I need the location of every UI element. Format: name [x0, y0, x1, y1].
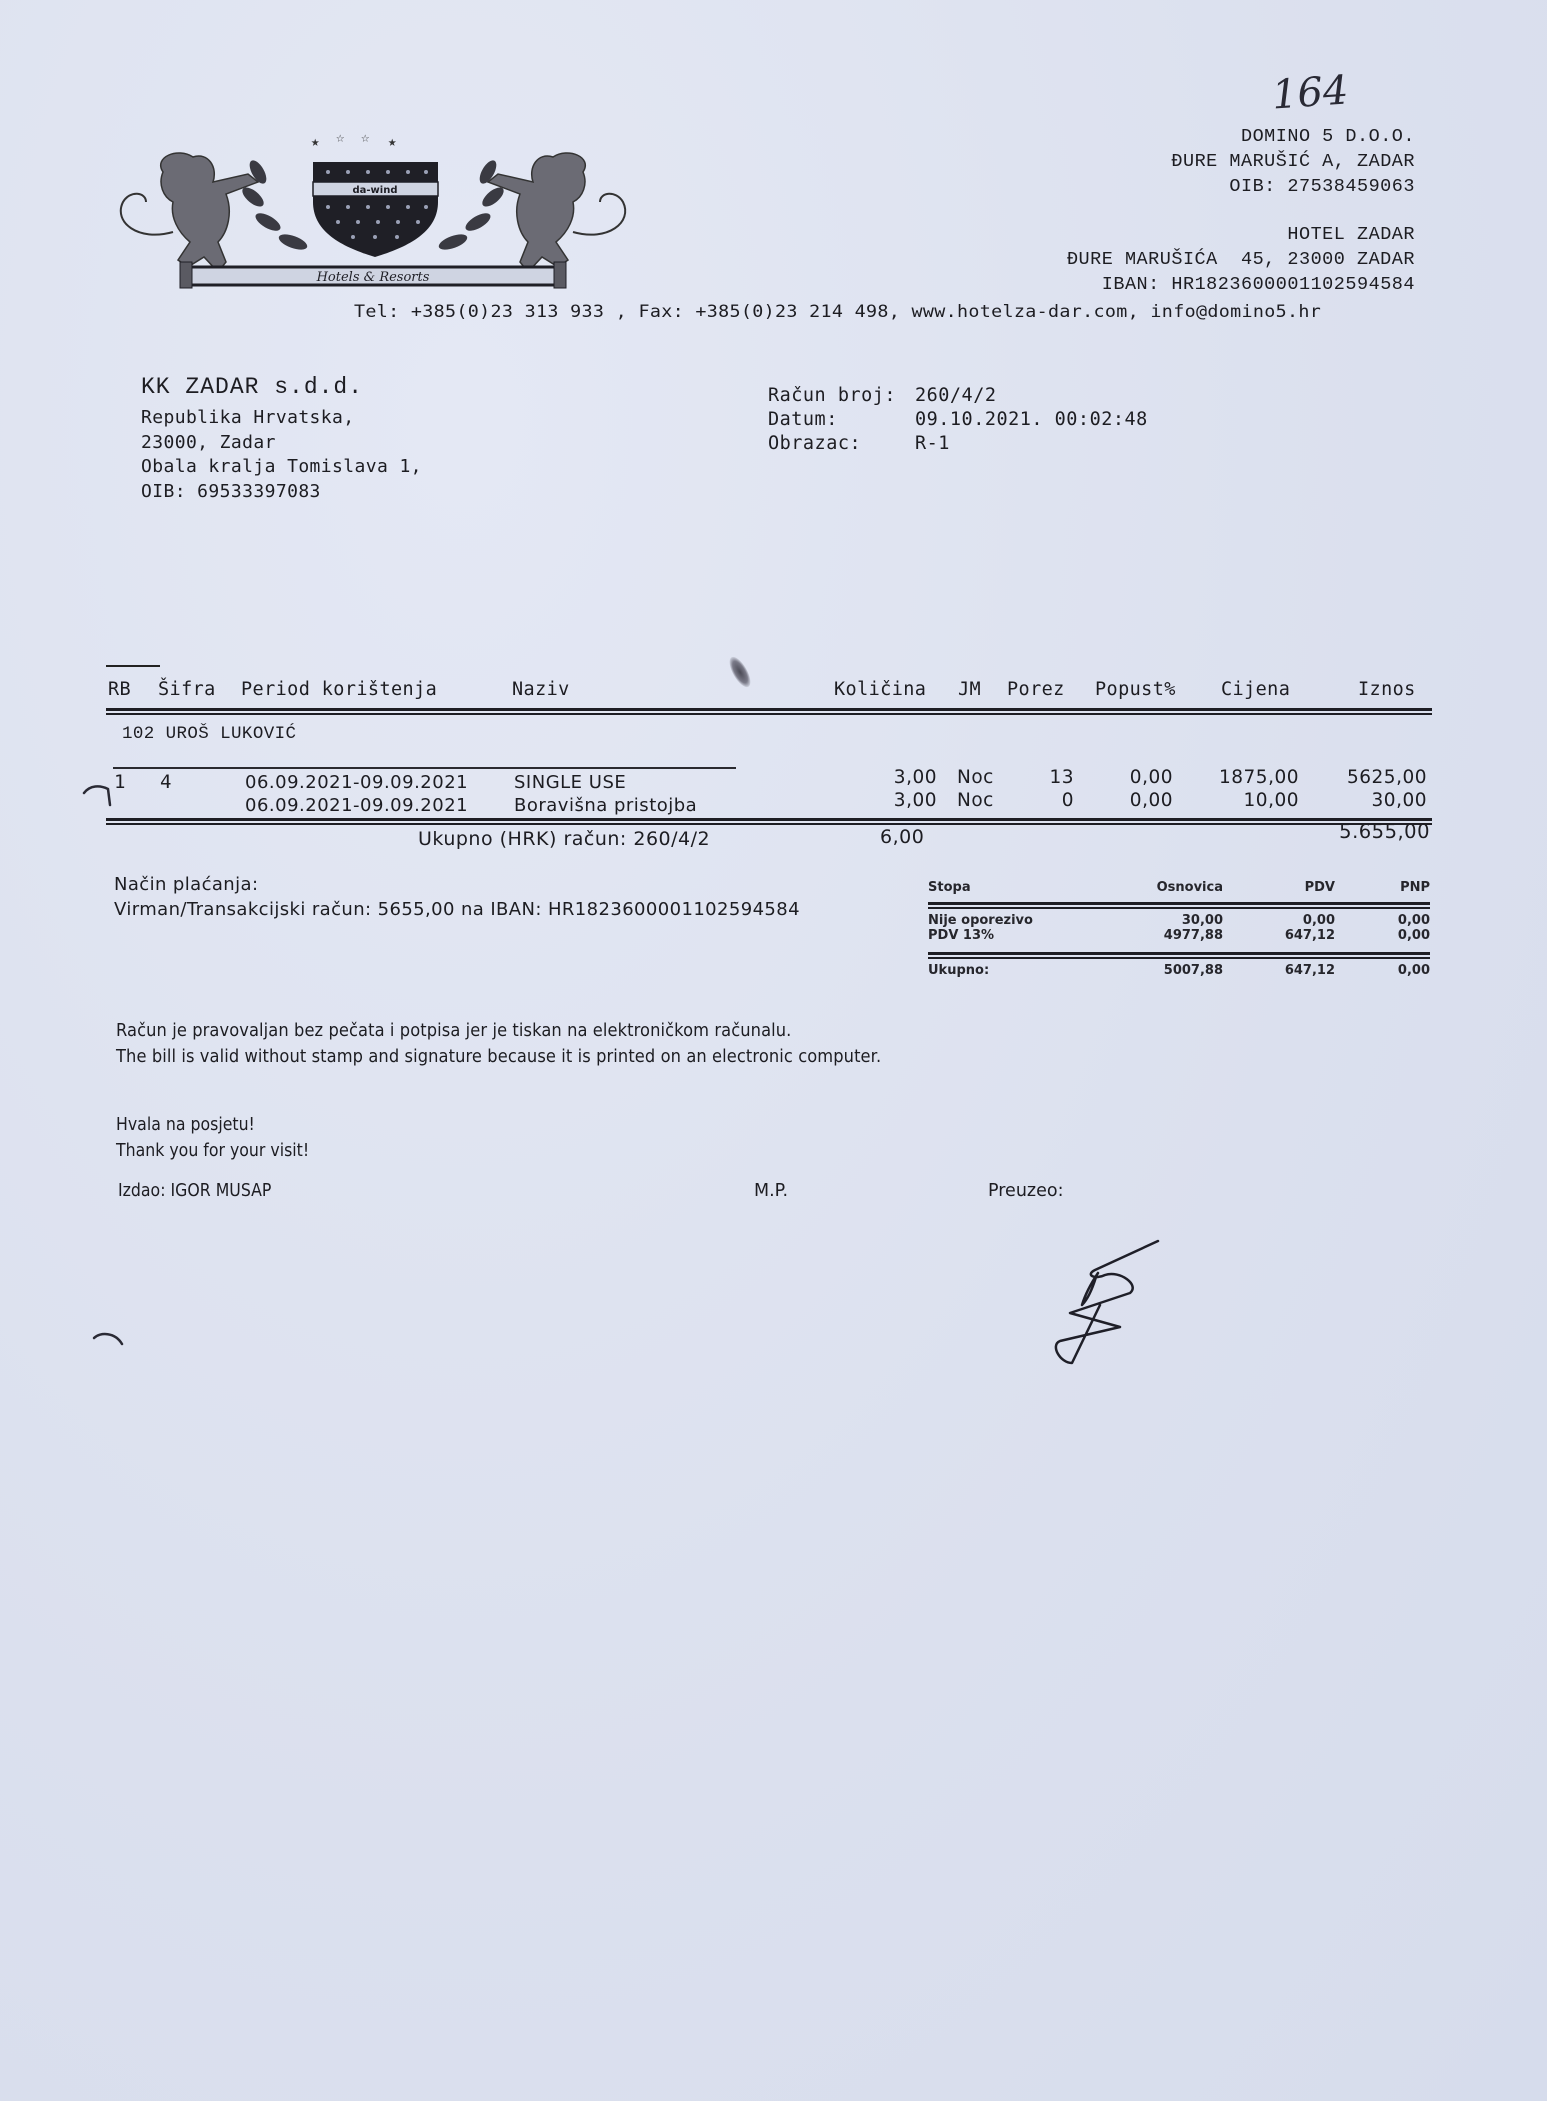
vat-pnp: 0,00	[1335, 928, 1430, 943]
row-naziv: Boravišna pristojba	[514, 795, 697, 816]
invoice-form-row: Obrazac: R-1	[768, 432, 1148, 456]
col-jm: JM	[958, 679, 981, 700]
buyer-line: OIB: 69533397083	[141, 480, 422, 505]
invoice-number: 260/4/2	[915, 384, 996, 408]
row-popust: 0,00	[1130, 790, 1173, 811]
buyer-address: Republika Hrvatska, 23000, Zadar Obala k…	[141, 406, 422, 504]
stamp-place: M.P.	[754, 1181, 788, 1201]
row-iznos: 5625,00	[1347, 767, 1427, 788]
short-rule	[106, 665, 160, 667]
vat-header: PDV	[1223, 880, 1335, 900]
hotel-line: ĐURE MARUŠIĆA 45, 23000 ZADAR	[1067, 247, 1415, 272]
guest-name: 102 UROŠ LUKOVIĆ	[122, 724, 296, 744]
col-cijena: Cijena	[1221, 679, 1290, 700]
vat-header: Osnovica	[1108, 880, 1223, 900]
received-by: Preuzeo:	[988, 1181, 1063, 1201]
row-jm: Noc	[957, 790, 994, 811]
vat-header-row: Stopa Osnovica PDV PNP	[928, 880, 1430, 900]
thanks-message: Hvala na posjetu! Thank you for your vis…	[116, 1112, 309, 1164]
note-line: The bill is valid without stamp and sign…	[116, 1044, 881, 1070]
svg-text:★: ★	[311, 134, 320, 150]
col-naziv: Naziv	[512, 679, 570, 700]
vat-total-amount: 647,12	[1223, 963, 1335, 978]
vat-rate: PDV 13%	[928, 928, 1108, 943]
ink-smudge	[725, 654, 754, 690]
issuer-line: ĐURE MARUŠIĆ A, ZADAR	[1171, 149, 1415, 174]
svg-text:★: ★	[388, 134, 397, 150]
svg-text:Hotels & Resorts: Hotels & Resorts	[316, 270, 430, 285]
row-jm: Noc	[957, 767, 994, 788]
vat-base: 30,00	[1108, 913, 1223, 928]
svg-text:☆: ☆	[336, 130, 345, 146]
payment-method: Način plaćanja: Virman/Transakcijski rač…	[114, 872, 800, 922]
vat-pnp: 0,00	[1335, 913, 1430, 928]
thanks-line: Thank you for your visit!	[116, 1138, 309, 1164]
buyer-line: 23000, Zadar	[141, 431, 422, 456]
contact-line: Tel: +385(0)23 313 933 , Fax: +385(0)23 …	[354, 302, 1321, 322]
vat-row: Nije oporezivo 30,00 0,00 0,00	[928, 913, 1430, 928]
row-sifra: 4	[160, 771, 172, 793]
row-period: 06.09.2021-09.09.2021	[245, 772, 468, 793]
buyer-line: Republika Hrvatska,	[141, 406, 422, 431]
payment-detail: Virman/Transakcijski račun: 5655,00 na I…	[114, 897, 800, 922]
handwritten-tick-icon	[80, 775, 120, 815]
row-cijena: 10,00	[1244, 790, 1299, 811]
total-label: Ukupno (HRK) račun: 260/4/2	[418, 828, 710, 850]
logo-banner: Hotels & Resorts	[180, 262, 566, 288]
col-sifra: Šifra	[158, 679, 216, 700]
issuer-company: DOMINO 5 D.O.O. ĐURE MARUŠIĆ A, ZADAR OI…	[1171, 124, 1415, 199]
vat-amount: 647,12	[1223, 928, 1335, 943]
row-iznos: 30,00	[1372, 790, 1427, 811]
left-lion-icon	[121, 153, 258, 272]
hotel-logo: ★ ☆ ☆ ★	[108, 122, 638, 292]
svg-text:da-wind: da-wind	[353, 185, 398, 196]
handwritten-page-number: 164	[1270, 67, 1349, 118]
issued-by: Izdao: IGOR MUSAP	[118, 1181, 271, 1201]
vat-header: Stopa	[928, 880, 1108, 900]
row-period: 06.09.2021-09.09.2021	[245, 795, 468, 816]
vat-summary-table: Stopa Osnovica PDV PNP Nije oporezivo 30…	[928, 880, 1430, 978]
row-porez: 0	[1062, 790, 1074, 811]
vat-header-rule	[928, 902, 1430, 909]
buyer-name: KK ZADAR s.d.d.	[141, 374, 363, 400]
col-porez: Porez	[1007, 679, 1065, 700]
svg-text:☆: ☆	[361, 130, 370, 146]
col-period: Period korištenja	[241, 679, 437, 700]
vat-total-label: Ukupno:	[928, 963, 1108, 978]
issuer-line: OIB: 27538459063	[1171, 174, 1415, 199]
invoice-form: R-1	[915, 432, 950, 456]
vat-total-rule	[928, 952, 1430, 959]
meta-label: Račun broj:	[768, 384, 915, 408]
meta-label: Obrazac:	[768, 432, 915, 456]
handwritten-mark-icon	[90, 1330, 130, 1355]
vat-total-base: 5007,88	[1108, 963, 1223, 978]
row-kolicina: 3,00	[894, 767, 937, 788]
vat-total-pnp: 0,00	[1335, 963, 1430, 978]
hotel-line: IBAN: HR1823600001102594584	[1067, 272, 1415, 297]
hotel-line: HOTEL ZADAR	[1067, 222, 1415, 247]
col-rb: RB	[108, 679, 131, 700]
issuer-line: DOMINO 5 D.O.O.	[1171, 124, 1415, 149]
payment-label: Način plaćanja:	[114, 872, 800, 897]
row-cijena: 1875,00	[1219, 767, 1299, 788]
issuer-hotel: HOTEL ZADAR ĐURE MARUŠIĆA 45, 23000 ZADA…	[1067, 222, 1415, 297]
note-line: Račun je pravovaljan bez pečata i potpis…	[116, 1018, 881, 1044]
validity-note: Račun je pravovaljan bez pečata i potpis…	[116, 1018, 881, 1070]
vat-rate: Nije oporezivo	[928, 913, 1108, 928]
total-amount: 5.655,00	[1339, 820, 1430, 843]
vat-row: PDV 13% 4977,88 647,12 0,00	[928, 928, 1430, 943]
vat-base: 4977,88	[1108, 928, 1223, 943]
rows-double-rule	[106, 818, 1432, 825]
row-naziv: SINGLE USE	[514, 772, 626, 793]
row-kolicina: 3,00	[894, 790, 937, 811]
guest-rule	[113, 767, 736, 769]
star-icons: ★ ☆ ☆ ★	[311, 130, 397, 150]
col-kolicina: Količina	[834, 679, 926, 700]
col-iznos: Iznos	[1358, 679, 1416, 700]
meta-label: Datum:	[768, 408, 915, 432]
signature-icon	[1040, 1235, 1180, 1375]
invoice-meta: Račun broj: 260/4/2 Datum: 09.10.2021. 0…	[768, 384, 1148, 456]
vat-amount: 0,00	[1223, 913, 1335, 928]
row-popust: 0,00	[1130, 767, 1173, 788]
invoice-number-row: Račun broj: 260/4/2	[768, 384, 1148, 408]
row-porez: 13	[1049, 767, 1074, 788]
thanks-line: Hvala na posjetu!	[116, 1112, 309, 1138]
vat-header: PNP	[1335, 880, 1430, 900]
invoice-date: 09.10.2021. 00:02:48	[915, 408, 1148, 432]
right-lion-icon	[488, 153, 625, 272]
shield-icon: da-wind	[313, 162, 438, 257]
vat-total-row: Ukupno: 5007,88 647,12 0,00	[928, 963, 1430, 978]
header-double-rule	[106, 708, 1432, 715]
total-quantity: 6,00	[880, 826, 924, 848]
buyer-line: Obala kralja Tomislava 1,	[141, 455, 422, 480]
invoice-date-row: Datum: 09.10.2021. 00:02:48	[768, 408, 1148, 432]
col-popust: Popust%	[1095, 679, 1176, 700]
